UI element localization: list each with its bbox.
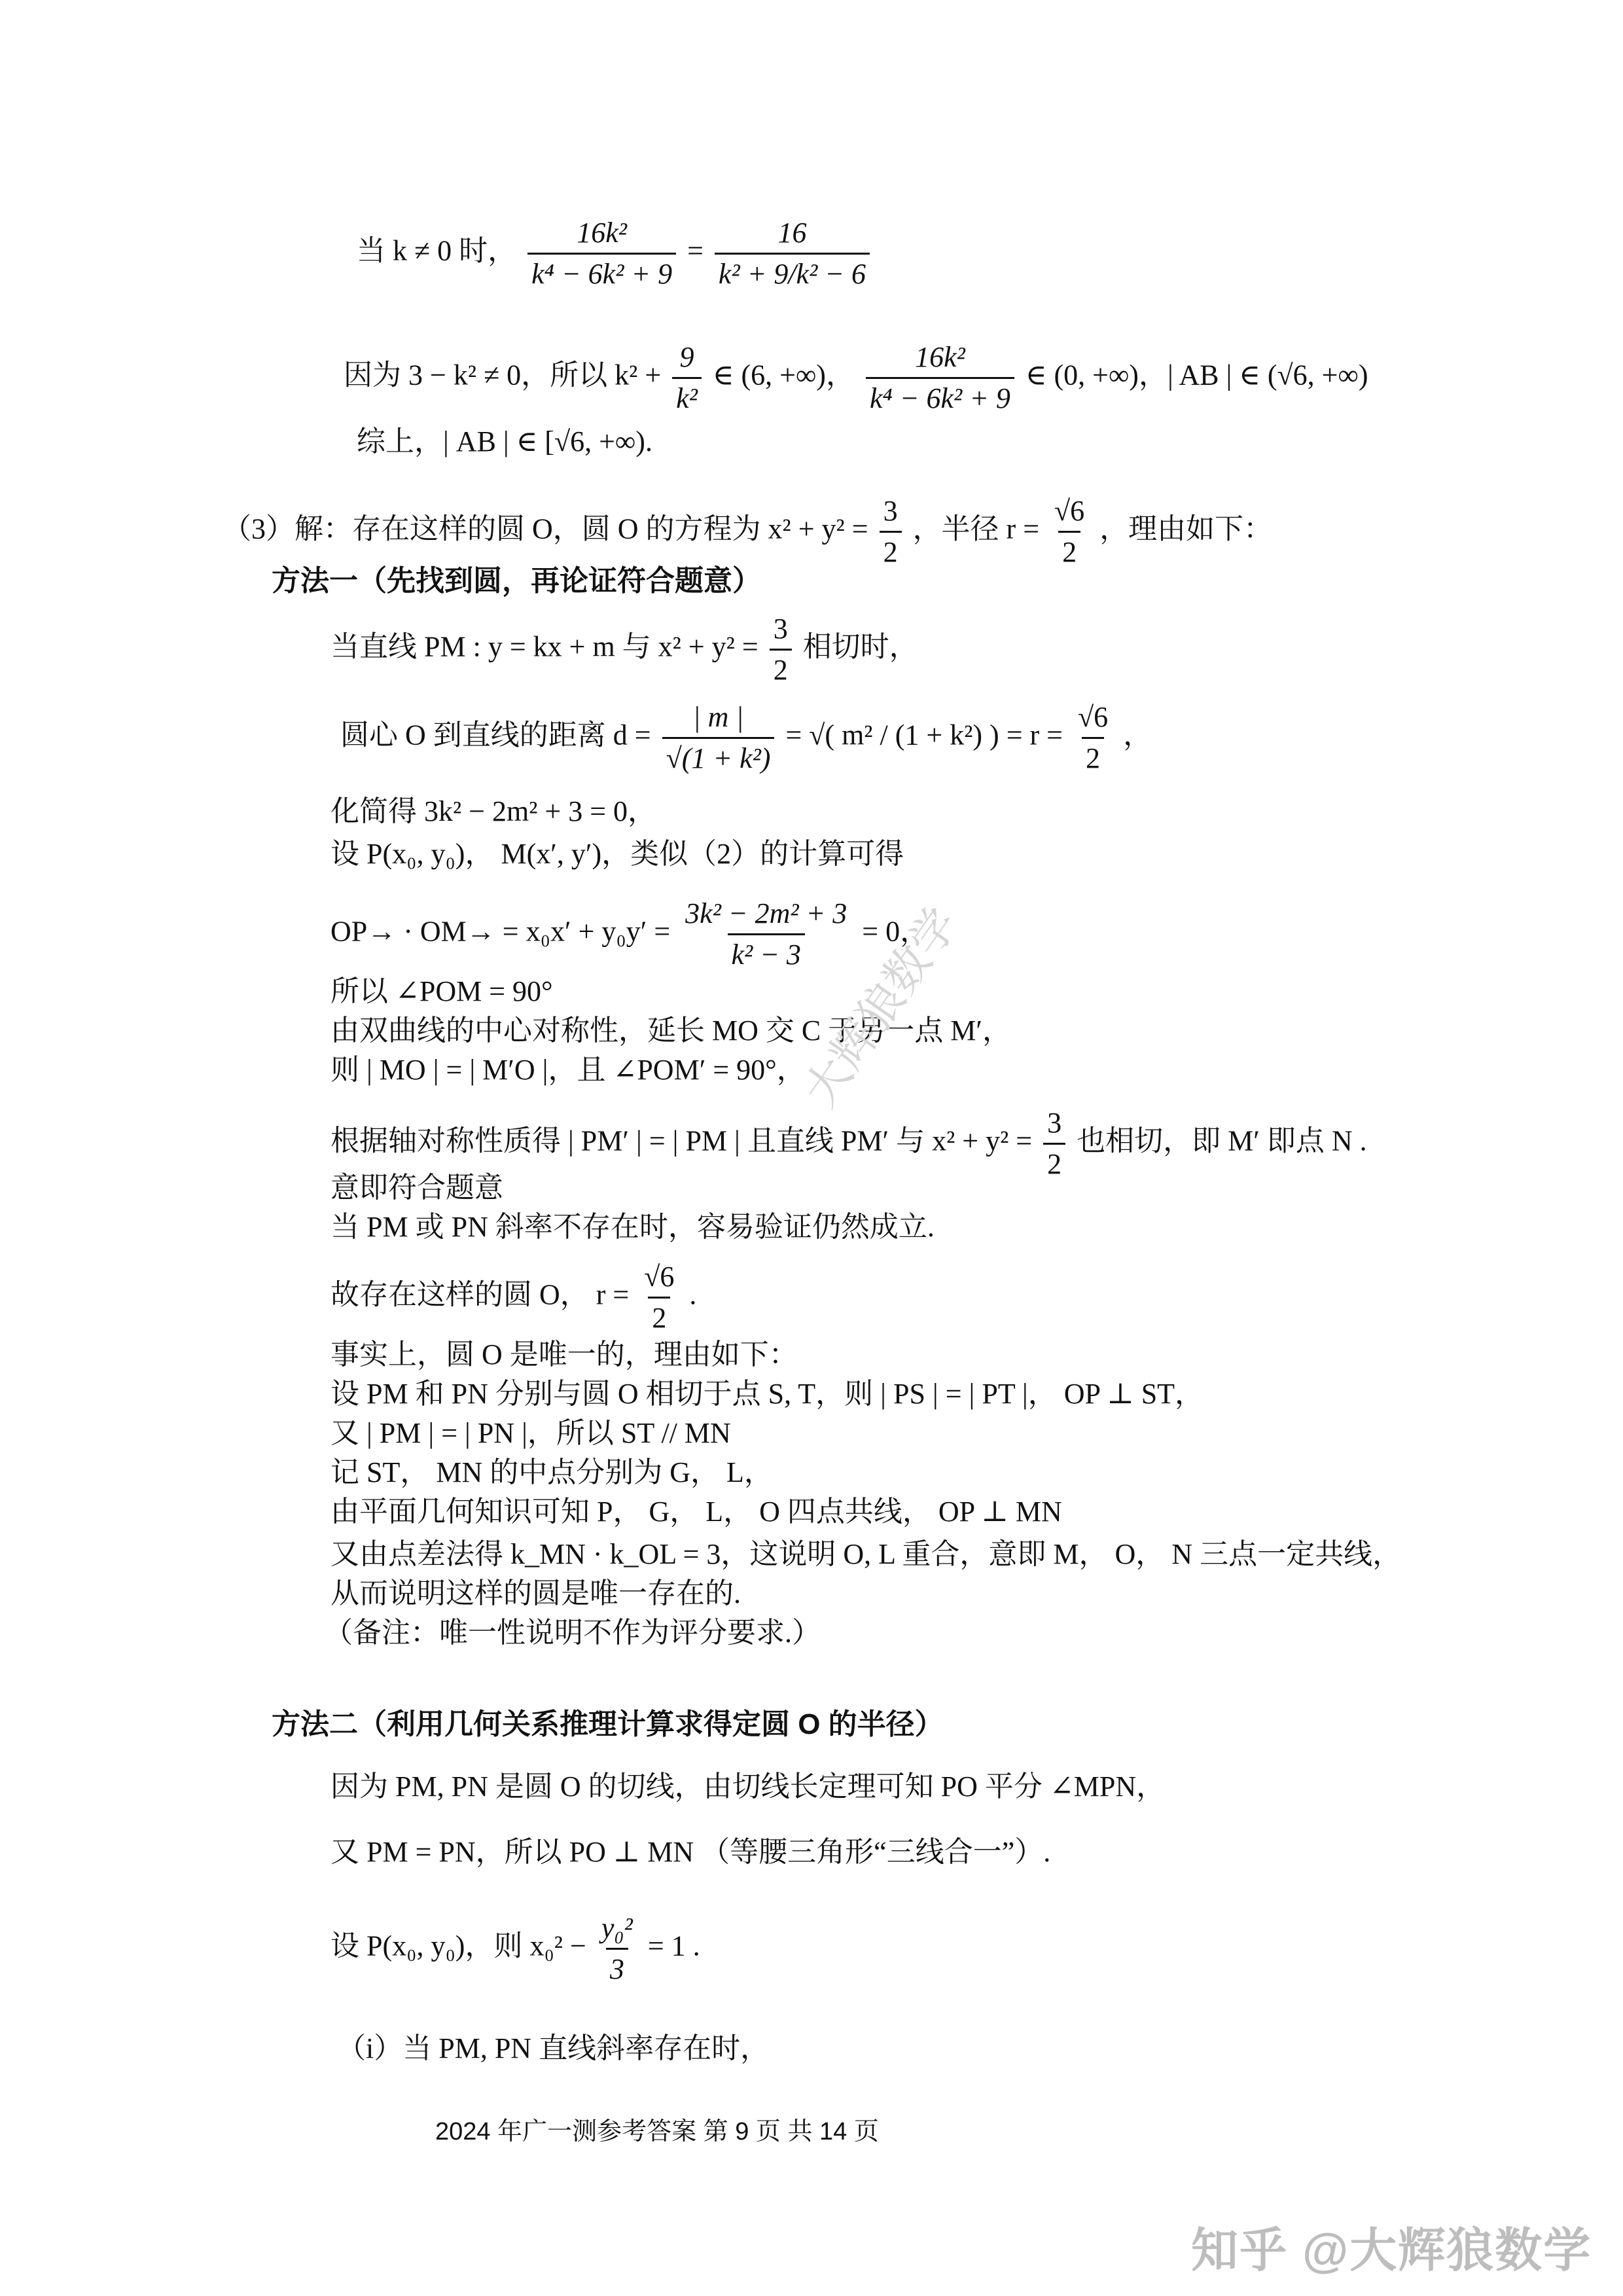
fraction: 16k²k⁴ − 6k² + 9 — [527, 216, 676, 291]
zhihu-watermark: 知乎 @大辉狼数学 — [1191, 2212, 1592, 2280]
line-set-points: 设 P(x₀, y₀)， M(x′, y′)，类似（2）的计算可得 — [330, 834, 904, 874]
fraction: | m |√(1 + k²) — [662, 700, 775, 776]
line-three-lines: 又 PM = PN，所以 PO ⊥ MN （等腰三角形“三线合一”）. — [330, 1833, 1050, 1872]
line-simplify: 化简得 3k² − 2m² + 3 = 0， — [330, 792, 656, 831]
method-two-heading: 方法二（利用几何关系推理计算求得定圆 O 的半径） — [272, 1705, 944, 1744]
fraction: √62 — [640, 1260, 678, 1335]
line-hyperbola: 设 P(x₀, y₀)，则 x₀² − y₀²3 = 1 . — [330, 1911, 700, 1986]
line-k-nonzero: 当 k ≠ 0 时， 16k²k⁴ − 6k² + 9 = 16k² + 9/k… — [357, 216, 874, 291]
line-tangent-length: 因为 PM, PN 是圆 O 的切线，由切线长定理可知 PO 平分 ∠MPN， — [330, 1767, 1165, 1806]
fraction: 16k² + 9/k² − 6 — [715, 216, 870, 291]
line-midpoints: 记 ST， MN 的中点分别为 G， L， — [330, 1453, 773, 1492]
line-mo-equal: 则 | MO | = | M′O |，且 ∠POM′ = 90°， — [330, 1050, 806, 1090]
page-footer: 2024 年广一测参考答案 第 9 页 共 14 页 — [435, 2111, 879, 2147]
line-parallel: 又 | PM | = | PN |，所以 ST // MN — [330, 1414, 731, 1453]
fraction: √62 — [1050, 494, 1088, 569]
line-uniqueness: 事实上，圆 O 是唯一的，理由如下： — [330, 1335, 798, 1374]
fraction: 9k² — [672, 340, 702, 416]
line-angle-pom: 所以 ∠POM = 90° — [330, 972, 553, 1011]
method-one-heading: 方法一（先找到圆，再论证符合题意） — [272, 562, 761, 601]
line-circle-exists: 故存在这样的圆 O， r = √62 . — [330, 1260, 696, 1335]
line-conforms: 意即符合题意 — [330, 1168, 503, 1208]
line-point-difference: 又由点差法得 k_MN · k_OL = 3，这说明 O, L 重合，意即 M，… — [330, 1535, 1401, 1574]
line-collinear: 由平面几何知识可知 P， G， L， O 四点共线， OP ⊥ MN — [330, 1492, 1062, 1532]
line-part3: （3）解：存在这样的圆 O，圆 O 的方程为 x² + y² = 32 ，半径 … — [223, 494, 1272, 569]
fraction: 32 — [880, 494, 902, 569]
line-slope-undefined: 当 PM 或 PN 斜率不存在时，容易验证仍然成立. — [330, 1208, 935, 1247]
fraction: 3k² − 2m² + 3k² − 3 — [681, 897, 851, 972]
fraction: √62 — [1074, 700, 1112, 776]
fraction: y₀²3 — [597, 1911, 637, 1986]
line-dot-product: OP→ · OM→ = x₀x′ + y₀y′ = 3k² − 2m² + 3k… — [330, 897, 929, 972]
fraction: 16k²k⁴ − 6k² + 9 — [866, 340, 1014, 416]
line-tangent: 当直线 PM : y = kx + m 与 x² + y² = 32 相切时， — [330, 612, 918, 687]
line-note: （备注：唯一性说明不作为评分要求.） — [324, 1613, 821, 1653]
fraction: 32 — [770, 612, 792, 687]
line-because: 因为 3 − k² ≠ 0，所以 k² + 9k² ∈ (6, +∞)， 16k… — [344, 340, 1368, 416]
line-case-i: （i）当 PM, PN 直线斜率存在时， — [337, 2029, 769, 2068]
line-unique-exists: 从而说明这样的圆是唯一存在的. — [330, 1574, 741, 1613]
fraction: 32 — [1043, 1106, 1065, 1181]
line-distance: 圆心 O 到直线的距离 d = | m |√(1 + k²) = √( m² /… — [340, 700, 1152, 776]
line-tangent-points: 设 PM 和 PN 分别与圆 O 相切于点 S, T，则 | PS | = | … — [330, 1374, 1204, 1414]
line-summary: 综上，| AB | ∈ [√6, +∞). — [357, 422, 652, 461]
